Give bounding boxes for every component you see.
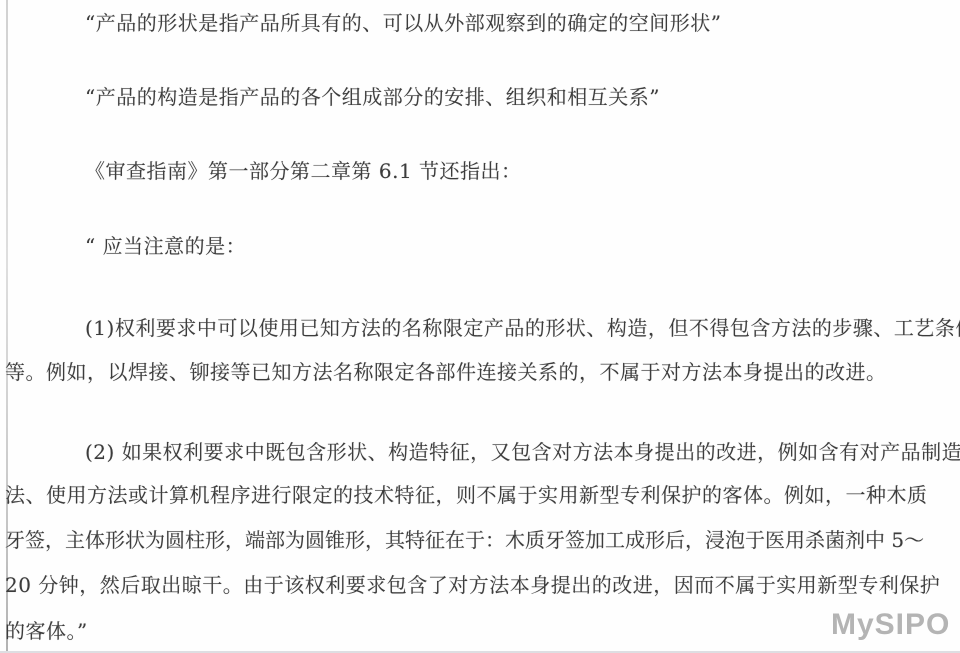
left-scan-edge-line (6, 0, 8, 653)
text-line-note-intro: “ 应当注意的是： (85, 233, 246, 259)
text-line-item2-part1: (2) 如果权利要求中既包含形状、构造特征，又包含对方法本身提出的改进，例如含有… (85, 439, 960, 465)
text-line-guide-reference: 《审查指南》第一部分第二章第 6.1 节还指出： (85, 158, 522, 184)
text-line-shape-definition: “产品的形状是指产品所具有的、可以从外部观察到的确定的空间形状” (85, 10, 721, 36)
text-line-item1-part2: 等。例如，以焊接、铆接等已知方法名称限定各部件连接关系的，不属于对方法本身提出的… (5, 359, 887, 385)
text-line-item2-part3: 牙签，主体形状为圆柱形，端部为圆锥形，其特征在于：木质牙签加工成形后，浸泡于医用… (5, 527, 924, 553)
text-line-structure-definition: “产品的构造是指产品的各个组成部分的安排、组织和相互关系” (85, 84, 660, 110)
text-line-item1-part1: (1)权利要求中可以使用已知方法的名称限定产品的形状、构造，但不得包含方法的步骤… (85, 315, 960, 341)
document-page: “产品的形状是指产品所具有的、可以从外部观察到的确定的空间形状” “产品的构造是… (0, 0, 960, 653)
mysipo-watermark: MySIPO (831, 608, 950, 642)
text-line-item2-part2: 法、使用方法或计算机程序进行限定的技术特征，则不属于实用新型专利保护的客体。例如… (5, 482, 928, 508)
text-line-item2-part5: 的客体。” (5, 618, 88, 644)
text-line-item2-part4: 20 分钟，然后取出晾干。由于该权利要求包含了对方法本身提出的改进，因而不属于实… (5, 572, 940, 598)
